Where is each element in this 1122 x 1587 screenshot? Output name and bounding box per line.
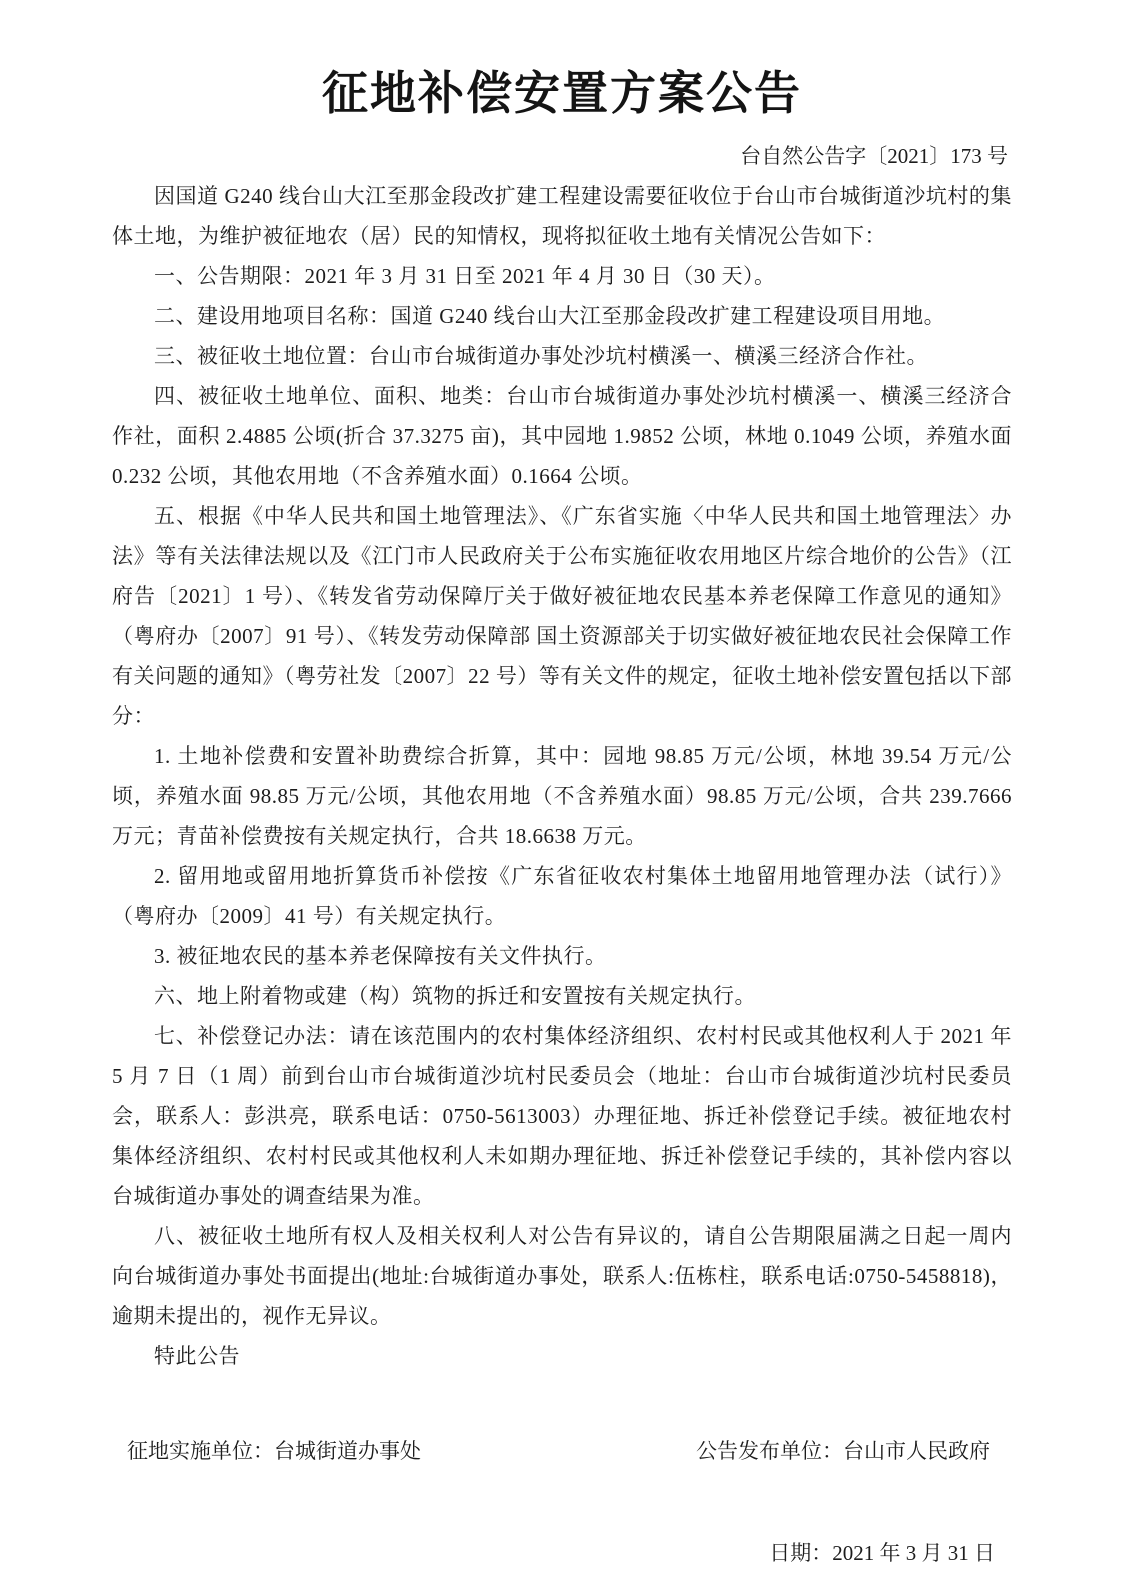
paragraph-item-6: 六、地上附着物或建（构）筑物的拆迁和安置按有关规定执行。 — [112, 976, 1012, 1016]
paragraph-item-5-sub-2: 2. 留用地或留用地折算货币补偿按《广东省征收农村集体土地留用地管理办法（试行）… — [112, 856, 1012, 936]
signature-row: 征地实施单位：台城街道办事处 公告发布单位：台山市人民政府 — [112, 1431, 1012, 1471]
page-title: 征地补偿安置方案公告 — [112, 64, 1012, 124]
issuing-unit: 公告发布单位：台山市人民政府 — [696, 1431, 990, 1471]
paragraph-closing: 特此公告 — [112, 1336, 1012, 1376]
paragraph-item-5-sub-3: 3. 被征地农民的基本养老保障按有关文件执行。 — [112, 936, 1012, 976]
paragraph-item-2: 二、建设用地项目名称：国道 G240 线台山大江至那金段改扩建工程建设项目用地。 — [112, 296, 1012, 336]
implementing-unit: 征地实施单位：台城街道办事处 — [127, 1431, 421, 1471]
paragraph-item-1: 一、公告期限：2021 年 3 月 31 日至 2021 年 4 月 30 日（… — [112, 256, 1012, 296]
paragraph-intro: 因国道 G240 线台山大江至那金段改扩建工程建设需要征收位于台山市台城街道沙坑… — [112, 176, 1012, 256]
paragraph-item-8: 八、被征收土地所有权人及相关权利人对公告有异议的，请自公告期限届满之日起一周内向… — [112, 1216, 1012, 1336]
announcement-body: 因国道 G240 线台山大江至那金段改扩建工程建设需要征收位于台山市台城街道沙坑… — [112, 176, 1012, 1376]
announcement-page: 征地补偿安置方案公告 台自然公告字〔2021〕173 号 因国道 G240 线台… — [0, 0, 1122, 1587]
paragraph-item-5-sub-1: 1. 土地补偿费和安置补助费综合折算，其中：园地 98.85 万元/公顷，林地 … — [112, 736, 1012, 856]
paragraph-item-7: 七、补偿登记办法：请在该范围内的农村集体经济组织、农村村民或其他权利人于 202… — [112, 1016, 1012, 1216]
paragraph-item-3: 三、被征收土地位置：台山市台城街道办事处沙坑村横溪一、横溪三经济合作社。 — [112, 336, 1012, 376]
doc-number: 台自然公告字〔2021〕173 号 — [112, 136, 1012, 176]
date-line: 日期：2021 年 3 月 31 日 — [112, 1533, 1012, 1573]
paragraph-item-4: 四、被征收土地单位、面积、地类：台山市台城街道办事处沙坑村横溪一、横溪三经济合作… — [112, 376, 1012, 496]
paragraph-item-5: 五、根据《中华人民共和国土地管理法》、《广东省实施〈中华人民共和国土地管理法〉办… — [112, 496, 1012, 736]
